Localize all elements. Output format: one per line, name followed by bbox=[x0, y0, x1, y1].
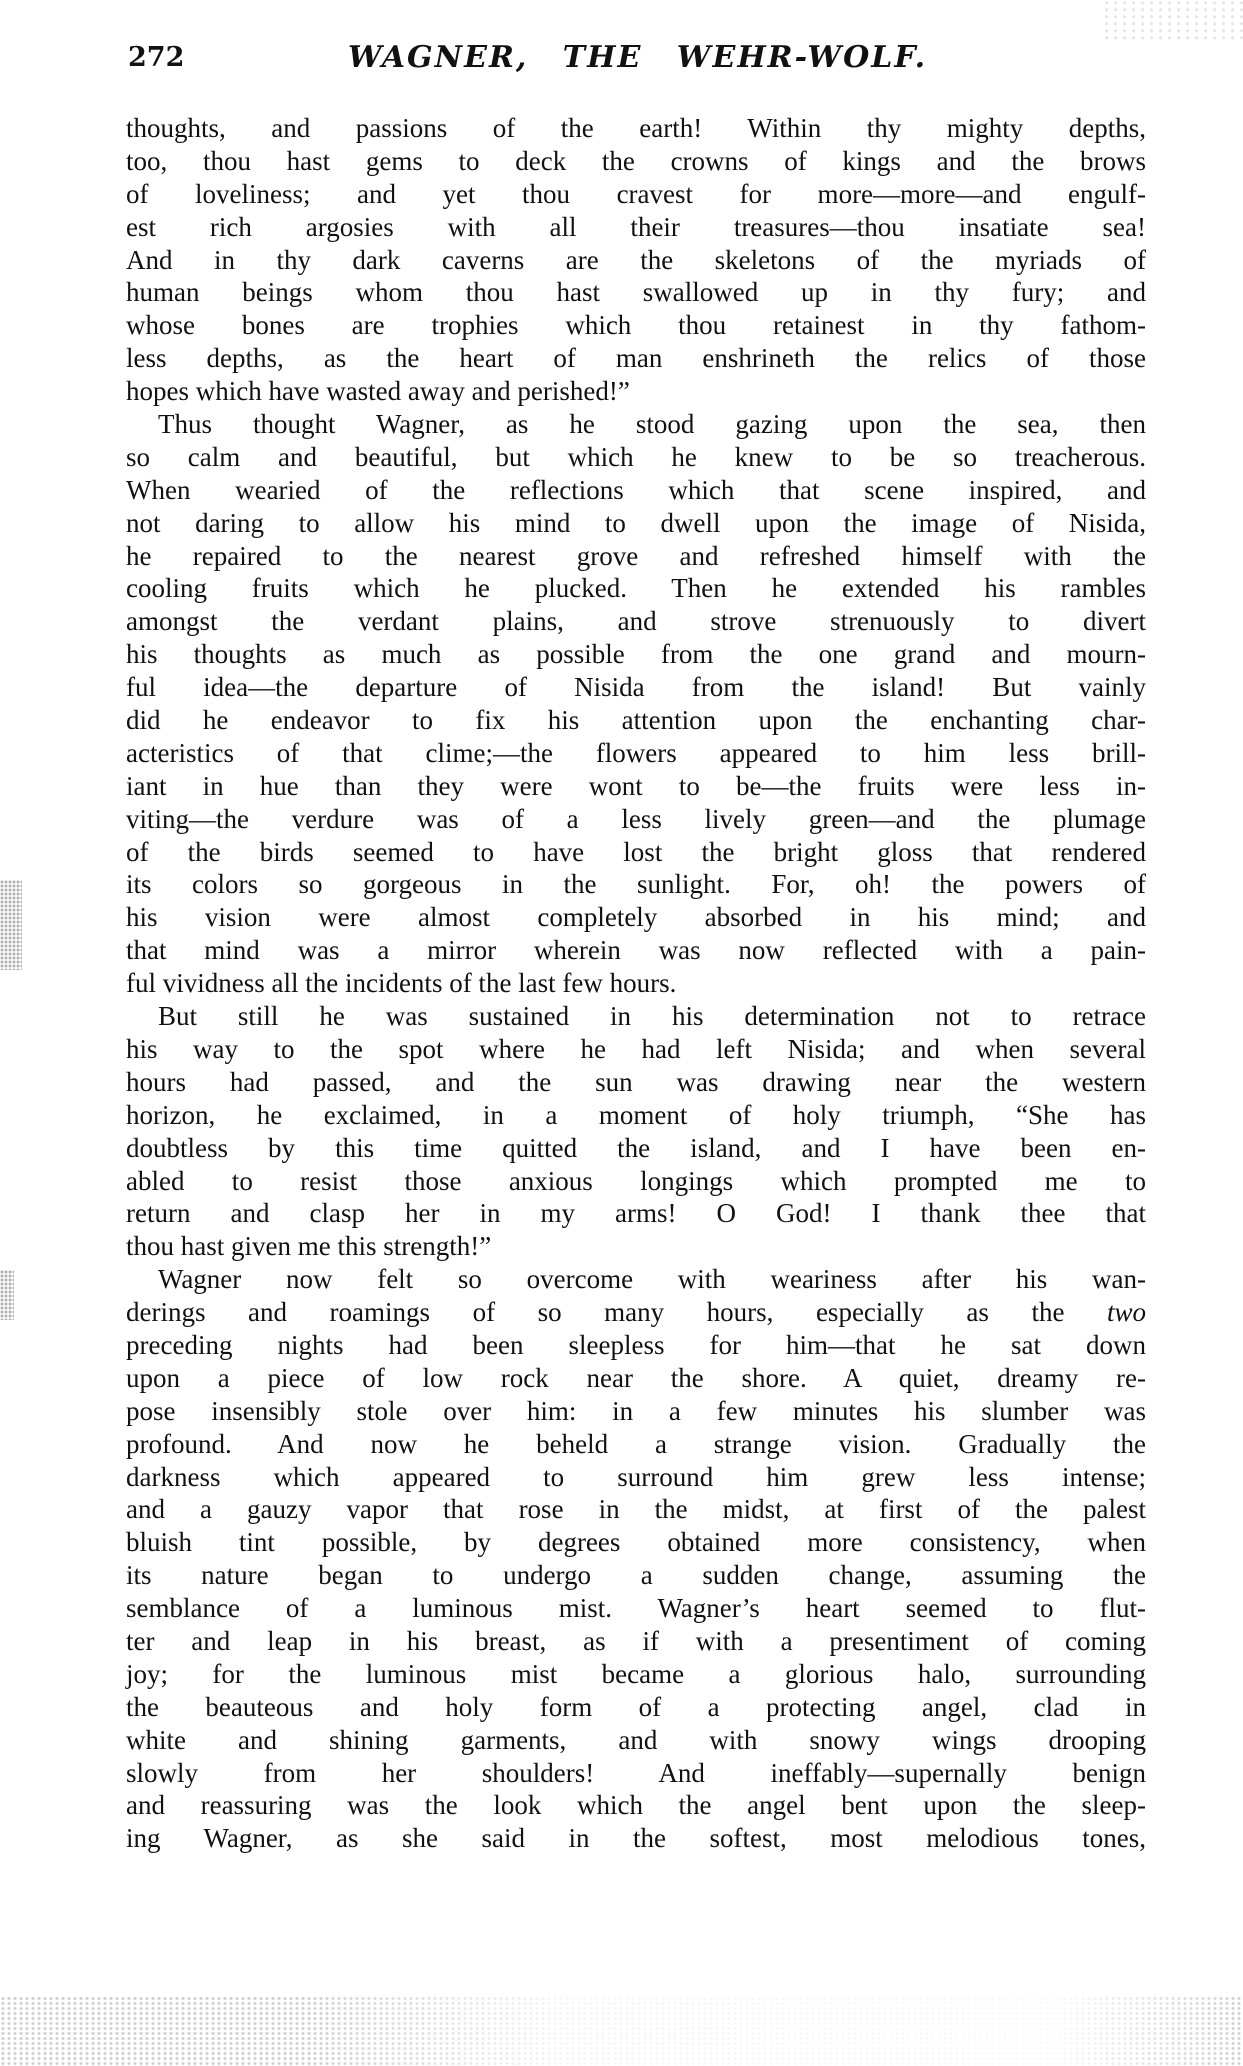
text-line: upon a piece of low rock near the shore.… bbox=[126, 1362, 1146, 1395]
scan-noise-top-right bbox=[1103, 0, 1243, 40]
text-line: viting—the verdure was of a less lively … bbox=[126, 803, 1146, 836]
text-line: white and shining garments, and with sno… bbox=[126, 1724, 1146, 1757]
text-line: preceding nights had been sleepless for … bbox=[126, 1329, 1146, 1362]
text-line: Wagner now felt so overcome with wearine… bbox=[126, 1263, 1146, 1296]
text-line: too, thou hast gems to deck the crowns o… bbox=[126, 145, 1146, 178]
scan-noise-left-margin bbox=[0, 880, 22, 970]
text-line: ing Wagner, as she said in the softest, … bbox=[126, 1822, 1146, 1855]
text-line: semblance of a luminous mist. Wagner’s h… bbox=[126, 1592, 1146, 1625]
text-line: hopes which have wasted away and perishe… bbox=[126, 375, 1146, 408]
text-line: cooling fruits which he plucked. Then he… bbox=[126, 572, 1146, 605]
text-line: iant in hue than they were wont to be—th… bbox=[126, 770, 1146, 803]
emphasis: two bbox=[1107, 1297, 1146, 1327]
text-line: its nature began to undergo a sudden cha… bbox=[126, 1559, 1146, 1592]
text-line: did he endeavor to fix his attention upo… bbox=[126, 704, 1146, 737]
text-line: doubtless by this time quitted the islan… bbox=[126, 1132, 1146, 1165]
body-text: thoughts, and passions of the earth! Wit… bbox=[126, 112, 1146, 1855]
text-line: he repaired to the nearest grove and ref… bbox=[126, 540, 1146, 573]
text-line: darkness which appeared to surround him … bbox=[126, 1461, 1146, 1494]
text-line: return and clasp her in my arms! O God! … bbox=[126, 1197, 1146, 1230]
running-title: WAGNER, THE WEHR-WOLF. bbox=[348, 40, 927, 75]
text-line: acteristics of that clime;—the flowers a… bbox=[126, 737, 1146, 770]
text-line: thoughts, and passions of the earth! Wit… bbox=[126, 112, 1146, 145]
text-line: thou hast given me this strength!” bbox=[126, 1230, 1146, 1263]
text-line: the beauteous and holy form of a protect… bbox=[126, 1691, 1146, 1724]
page-number: 272 bbox=[128, 42, 184, 73]
text-line: his way to the spot where he had left Ni… bbox=[126, 1033, 1146, 1066]
text-line: human beings whom thou hast swallowed up… bbox=[126, 276, 1146, 309]
text-line: Thus thought Wagner, as he stood gazing … bbox=[126, 408, 1146, 441]
text-line: And in thy dark caverns are the skeleton… bbox=[126, 244, 1146, 277]
text-line: bluish tint possible, by degrees obtaine… bbox=[126, 1526, 1146, 1559]
scan-noise-left-margin bbox=[0, 1270, 14, 1320]
text-line: ter and leap in his breast, as if with a… bbox=[126, 1625, 1146, 1658]
text-line: When wearied of the reflections which th… bbox=[126, 474, 1146, 507]
text-line: abled to resist those anxious longings w… bbox=[126, 1165, 1146, 1198]
text-line: of the birds seemed to have lost the bri… bbox=[126, 836, 1146, 869]
text-line: derings and roamings of so many hours, e… bbox=[126, 1296, 1146, 1329]
page-header: 272 WAGNER, THE WEHR-WOLF. bbox=[128, 40, 1148, 80]
text-line: whose bones are trophies which thou reta… bbox=[126, 309, 1146, 342]
text-line: less depths, as the heart of man enshrin… bbox=[126, 342, 1146, 375]
text-line: hours had passed, and the sun was drawin… bbox=[126, 1066, 1146, 1099]
text-line: amongst the verdant plains, and strove s… bbox=[126, 605, 1146, 638]
text-line: so calm and beautiful, but which he knew… bbox=[126, 441, 1146, 474]
text-line: its colors so gorgeous in the sunlight. … bbox=[126, 868, 1146, 901]
text-line: his vision were almost completely absorb… bbox=[126, 901, 1146, 934]
text-line: ful vividness all the incidents of the l… bbox=[126, 967, 1146, 1000]
text-line: of loveliness; and yet thou cravest for … bbox=[126, 178, 1146, 211]
text-line: But still he was sustained in his determ… bbox=[126, 1000, 1146, 1033]
text-line: ful idea—the departure of Nisida from th… bbox=[126, 671, 1146, 704]
text-line: slowly from her shoulders! And ineffably… bbox=[126, 1757, 1146, 1790]
text-line: and reassuring was the look which the an… bbox=[126, 1789, 1146, 1822]
text-line: profound. And now he beheld a strange vi… bbox=[126, 1428, 1146, 1461]
text-line: horizon, he exclaimed, in a moment of ho… bbox=[126, 1099, 1146, 1132]
text-line: and a gauzy vapor that rose in the midst… bbox=[126, 1493, 1146, 1526]
text-line: joy; for the luminous mist became a glor… bbox=[126, 1658, 1146, 1691]
text-line: not daring to allow his mind to dwell up… bbox=[126, 507, 1146, 540]
text-line: pose insensibly stole over him: in a few… bbox=[126, 1395, 1146, 1428]
text-line: est rich argosies with all their treasur… bbox=[126, 211, 1146, 244]
text-line: that mind was a mirror wherein was now r… bbox=[126, 934, 1146, 967]
scan-noise-bottom bbox=[0, 1996, 1243, 2066]
text-line: his thoughts as much as possible from th… bbox=[126, 638, 1146, 671]
